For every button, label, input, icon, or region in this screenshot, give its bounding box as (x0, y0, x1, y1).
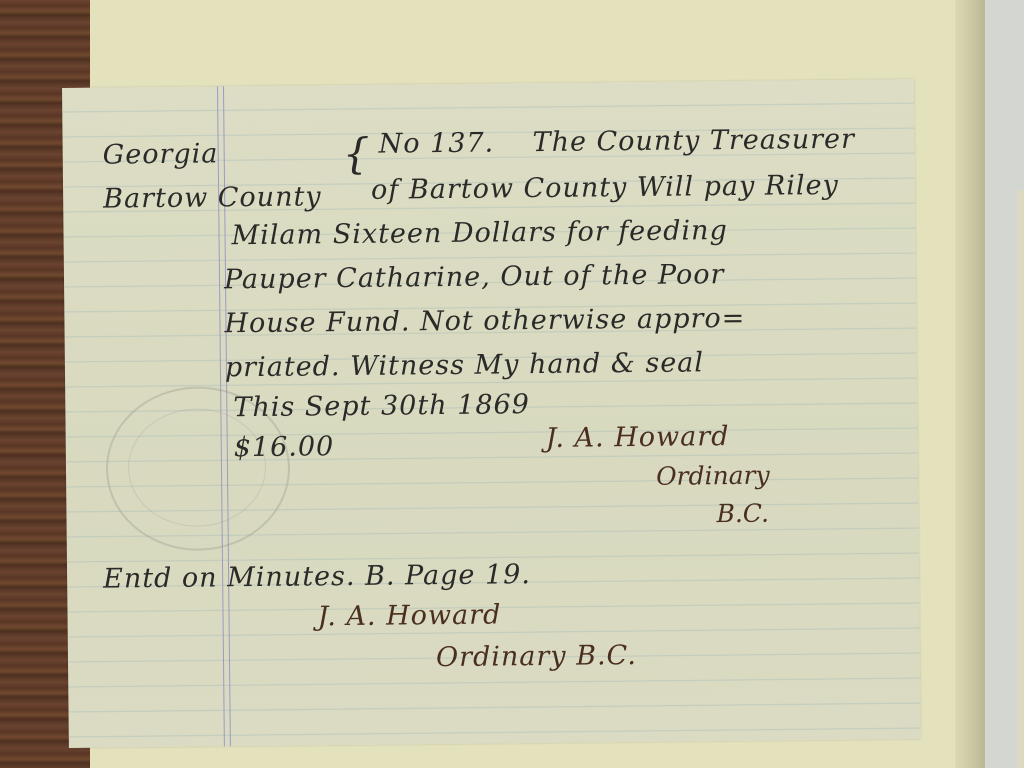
signature-county: B.C. (716, 499, 769, 529)
entry-signature-name: J. A. Howard (317, 599, 501, 632)
body-line-2: of Bartow County Will pay Riley (371, 170, 839, 206)
body-line-1: The County Treasurer (532, 124, 855, 158)
folder-edge (955, 0, 985, 768)
body-line-6: priated. Witness My hand & seal (225, 347, 704, 383)
state-heading: Georgia (103, 138, 219, 170)
amount: $16.00 (234, 431, 335, 463)
county-heading: Bartow County (103, 181, 322, 214)
signature-name: J. A. Howard (546, 421, 730, 454)
handwritten-voucher: Georgia Bartow County { No 137. The Coun… (62, 79, 921, 748)
body-line-5: House Fund. Not otherwise appro= (224, 303, 745, 339)
entry-signature-title: Ordinary B.C. (436, 640, 637, 673)
body-line-4: Pauper Catharine, Out of the Poor (224, 259, 725, 295)
adjacent-sheet-edge (1017, 190, 1024, 768)
brace-mark: { (342, 129, 369, 178)
entry-note: Entd on Minutes. B. Page 19. (103, 559, 531, 594)
date-line: This Sept 30th 1869 (233, 389, 530, 423)
voucher-number: No 137. (378, 127, 494, 159)
body-line-3: Milam Sixteen Dollars for feeding (231, 215, 728, 251)
signature-title: Ordinary (656, 461, 770, 491)
